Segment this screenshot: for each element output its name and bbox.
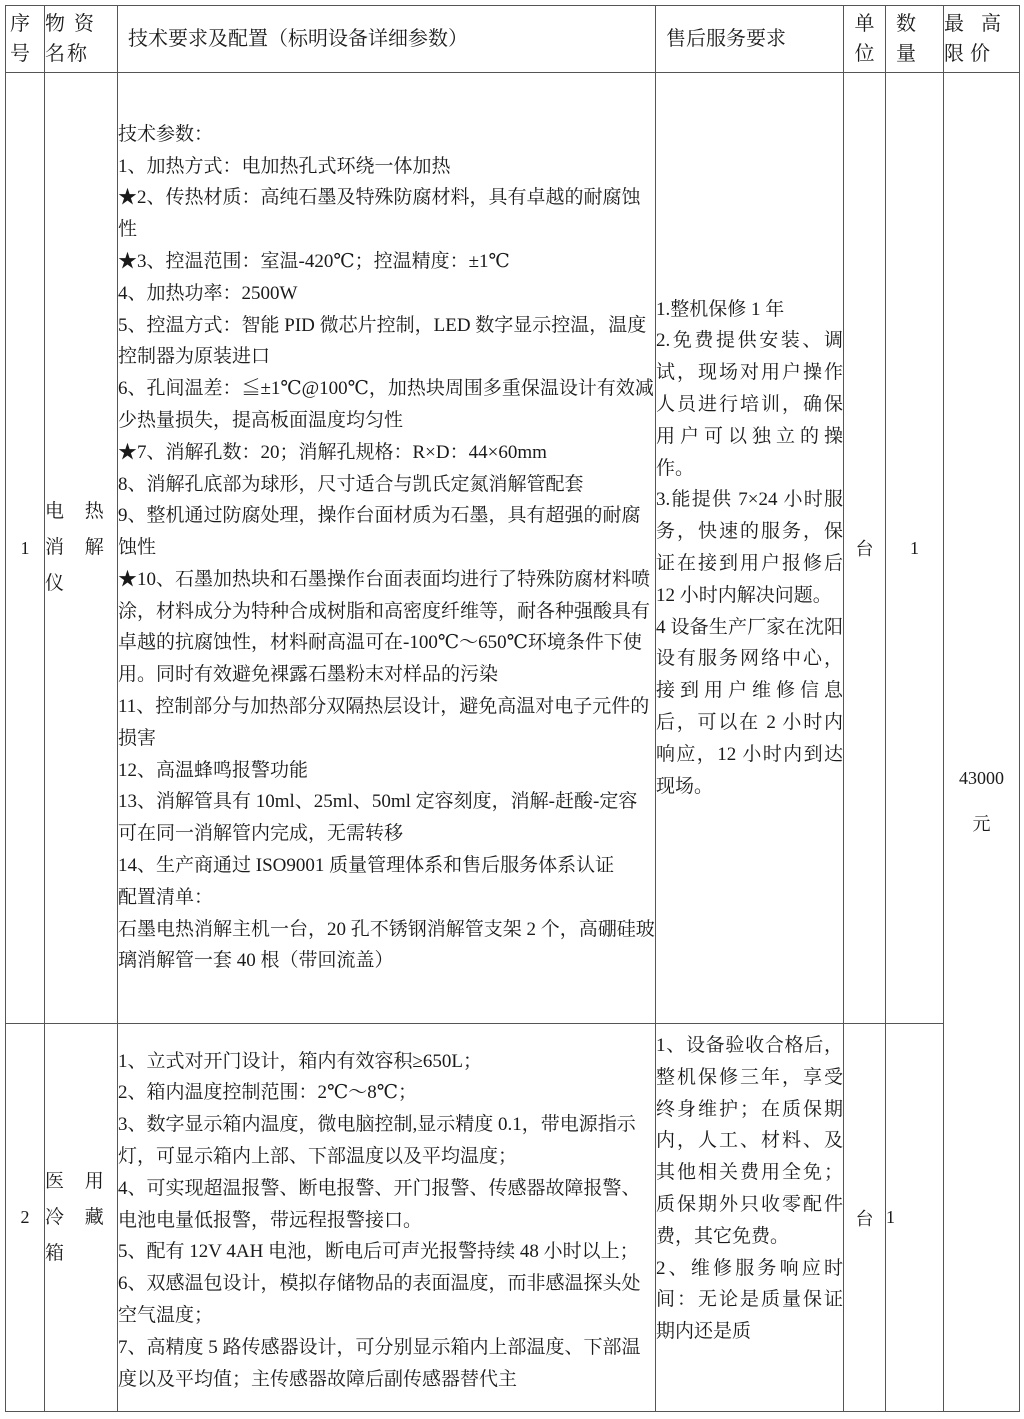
spec-line: 3、数字显示箱内温度，微电脑控制,显示精度 0.1，带电源指示灯，可显示箱内上部… [118,1109,655,1173]
header-seq-line: 序 [10,9,40,39]
header-unit-line: 位 [844,39,885,69]
header-price: 最 高 限价 [944,6,1020,73]
service-line: 1.整机保修 1 年 [656,294,843,326]
header-unit: 单 位 [844,6,886,73]
header-name: 物 资 名称 [45,6,118,73]
item-name-line: 电 热 [45,494,117,530]
header-tech: 技术要求及配置（标明设备详细参数） [118,6,656,73]
service-line: 1、设备验收合格后，整机保修三年，享受终身维护；在质保期内，人工、材料、及其他相… [656,1030,843,1253]
max-price-merged: 43000 元 [944,73,1020,1412]
spec-line: 6、双感温包设计，模拟存储物品的表面温度，而非感温探头处空气温度； [118,1268,655,1332]
header-price-line: 限价 [944,39,1019,69]
row-unit: 台 [844,1024,886,1412]
header-price-line: 最 高 [944,9,1019,39]
header-service-label: 售后服务要求 [666,28,786,50]
spec-line: 技术参数： [118,119,655,151]
row-service: 1.整机保修 1 年 2.免费提供安装、调试，现场对用户操作人员进行培训，确保用… [656,73,844,1024]
row-unit: 台 [844,73,886,1024]
row-seq: 2 [6,1024,45,1412]
spec-line: ★2、传热材质：高纯石墨及特殊防腐材料，具有卓越的耐腐蚀性 [118,182,655,246]
row-qty: 1 [886,73,944,1024]
row-seq: 1 [6,73,45,1024]
spec-line: 14、生产商通过 ISO9001 质量管理体系和售后服务体系认证 [118,850,655,882]
spec-line: ★3、控温范围：室温-420℃；控温精度：±1℃ [118,246,655,278]
header-seq: 序 号 [6,6,45,73]
max-price-unit: 元 [944,801,1019,847]
header-seq-line: 号 [10,39,40,69]
spec-line: 7、高精度 5 路传感器设计，可分别显示箱内上部温度、下部温度以及平均值；主传感… [118,1332,655,1396]
header-qty: 数 量 [886,6,944,73]
service-line: 2、维修服务响应时间：无论是质量保证期内还是质 [656,1253,843,1348]
header-name-line: 名称 [45,39,117,69]
header-unit-line: 单 [844,9,885,39]
header-qty-line: 数 [896,9,943,39]
spec-line: 9、整机通过防腐处理，操作台面材质为石墨，具有超强的耐腐蚀性 [118,500,655,564]
item-name-line: 消 解 [45,530,117,566]
row-seq-value: 1 [21,538,30,558]
spec-line: 5、配有 12V 4AH 电池，断电后可声光报警持续 48 小时以上； [118,1236,655,1268]
spec-line: ★10、石墨加热块和石墨操作台面表面均进行了特殊防腐材料喷涂，材料成分为特种合成… [118,564,655,691]
header-tech-label: 技术要求及配置（标明设备详细参数） [128,28,468,50]
spec-line: 1、加热方式：电加热孔式环绕一体加热 [118,151,655,183]
config-heading: 配置清单： [118,882,655,914]
spec-line: 6、孔间温差：≦±1℃@100℃，加热块周围多重保温设计有效减少热量损失，提高板… [118,373,655,437]
spec-line: 1、立式对开门设计，箱内有效容积≥650L； [118,1046,655,1078]
item-name-line: 冷 藏 [45,1200,117,1236]
row-tech-spec: 1、立式对开门设计，箱内有效容积≥650L； 2、箱内温度控制范围：2℃～8℃；… [118,1024,656,1412]
header-qty-line: 量 [896,39,943,69]
spec-line: 13、消解管具有 10ml、25ml、50ml 定容刻度，消解-赶酸-定容可在同… [118,786,655,850]
config-list: 石墨电热消解主机一台，20 孔不锈钢消解管支架 2 个，高硼硅玻璃消解管一套 4… [118,914,655,978]
service-line: 3.能提供 7×24 小时服务，快速的服务，保证在接到用户报修后 12 小时内解… [656,484,843,611]
spec-line: 4、加热功率：2500W [118,278,655,310]
spec-line: 5、控温方式：智能 PID 微芯片控制，LED 数字显示控温，温度控制器为原装进… [118,310,655,374]
row-qty-value: 1 [910,538,919,558]
row-unit-value: 台 [856,539,874,559]
row-seq-value: 2 [21,1207,30,1227]
table-row: 2 医 用 冷 藏 箱 1、立式对开门设计，箱内有效容积≥650L； 2、箱内温… [6,1024,1020,1412]
row-tech-spec: 技术参数： 1、加热方式：电加热孔式环绕一体加热 ★2、传热材质：高纯石墨及特殊… [118,73,656,1024]
row-service: 1、设备验收合格后，整机保修三年，享受终身维护；在质保期内，人工、材料、及其他相… [656,1024,844,1412]
row-unit-value: 台 [856,1209,874,1229]
table-row: 1 电 热 消 解 仪 技术参数： 1、加热方式：电加热孔式环绕一体加热 ★2、… [6,73,1020,1024]
header-service: 售后服务要求 [656,6,844,73]
spec-line: 2、箱内温度控制范围：2℃～8℃； [118,1077,655,1109]
spec-line: 12、高温蜂鸣报警功能 [118,755,655,787]
procurement-table: 序 号 物 资 名称 技术要求及配置（标明设备详细参数） 售后服务要求 单 位 … [5,5,1020,1412]
spec-line: 8、消解孔底部为球形，尺寸适合与凯氏定氮消解管配套 [118,469,655,501]
row-item-name: 电 热 消 解 仪 [45,73,118,1024]
item-name-line: 医 用 [45,1164,117,1200]
spec-line: 11、控制部分与加热部分双隔热层设计，避免高温对电子元件的损害 [118,691,655,755]
service-line: 4 设备生产厂家在沈阳设有服务网络中心，接到用户维修信息后，可以在 2 小时内响… [656,612,843,803]
max-price-value: 43000 [944,755,1019,801]
row-qty-value: 1 [886,1207,895,1227]
row-qty: 1 [886,1024,944,1412]
header-name-line: 物 资 [45,9,117,39]
item-name-line: 仪 [45,566,117,602]
spec-line: 4、可实现超温报警、断电报警、开门报警、传感器故障报警、电池电量低报警，带远程报… [118,1173,655,1237]
header-row: 序 号 物 资 名称 技术要求及配置（标明设备详细参数） 售后服务要求 单 位 … [6,6,1020,73]
item-name-line: 箱 [45,1236,117,1272]
row-item-name: 医 用 冷 藏 箱 [45,1024,118,1412]
spec-line: ★7、消解孔数：20；消解孔规格：R×D：44×60mm [118,437,655,469]
service-line: 2.免费提供安装、调试，现场对用户操作人员进行培训，确保用户可以独立的操作。 [656,325,843,484]
